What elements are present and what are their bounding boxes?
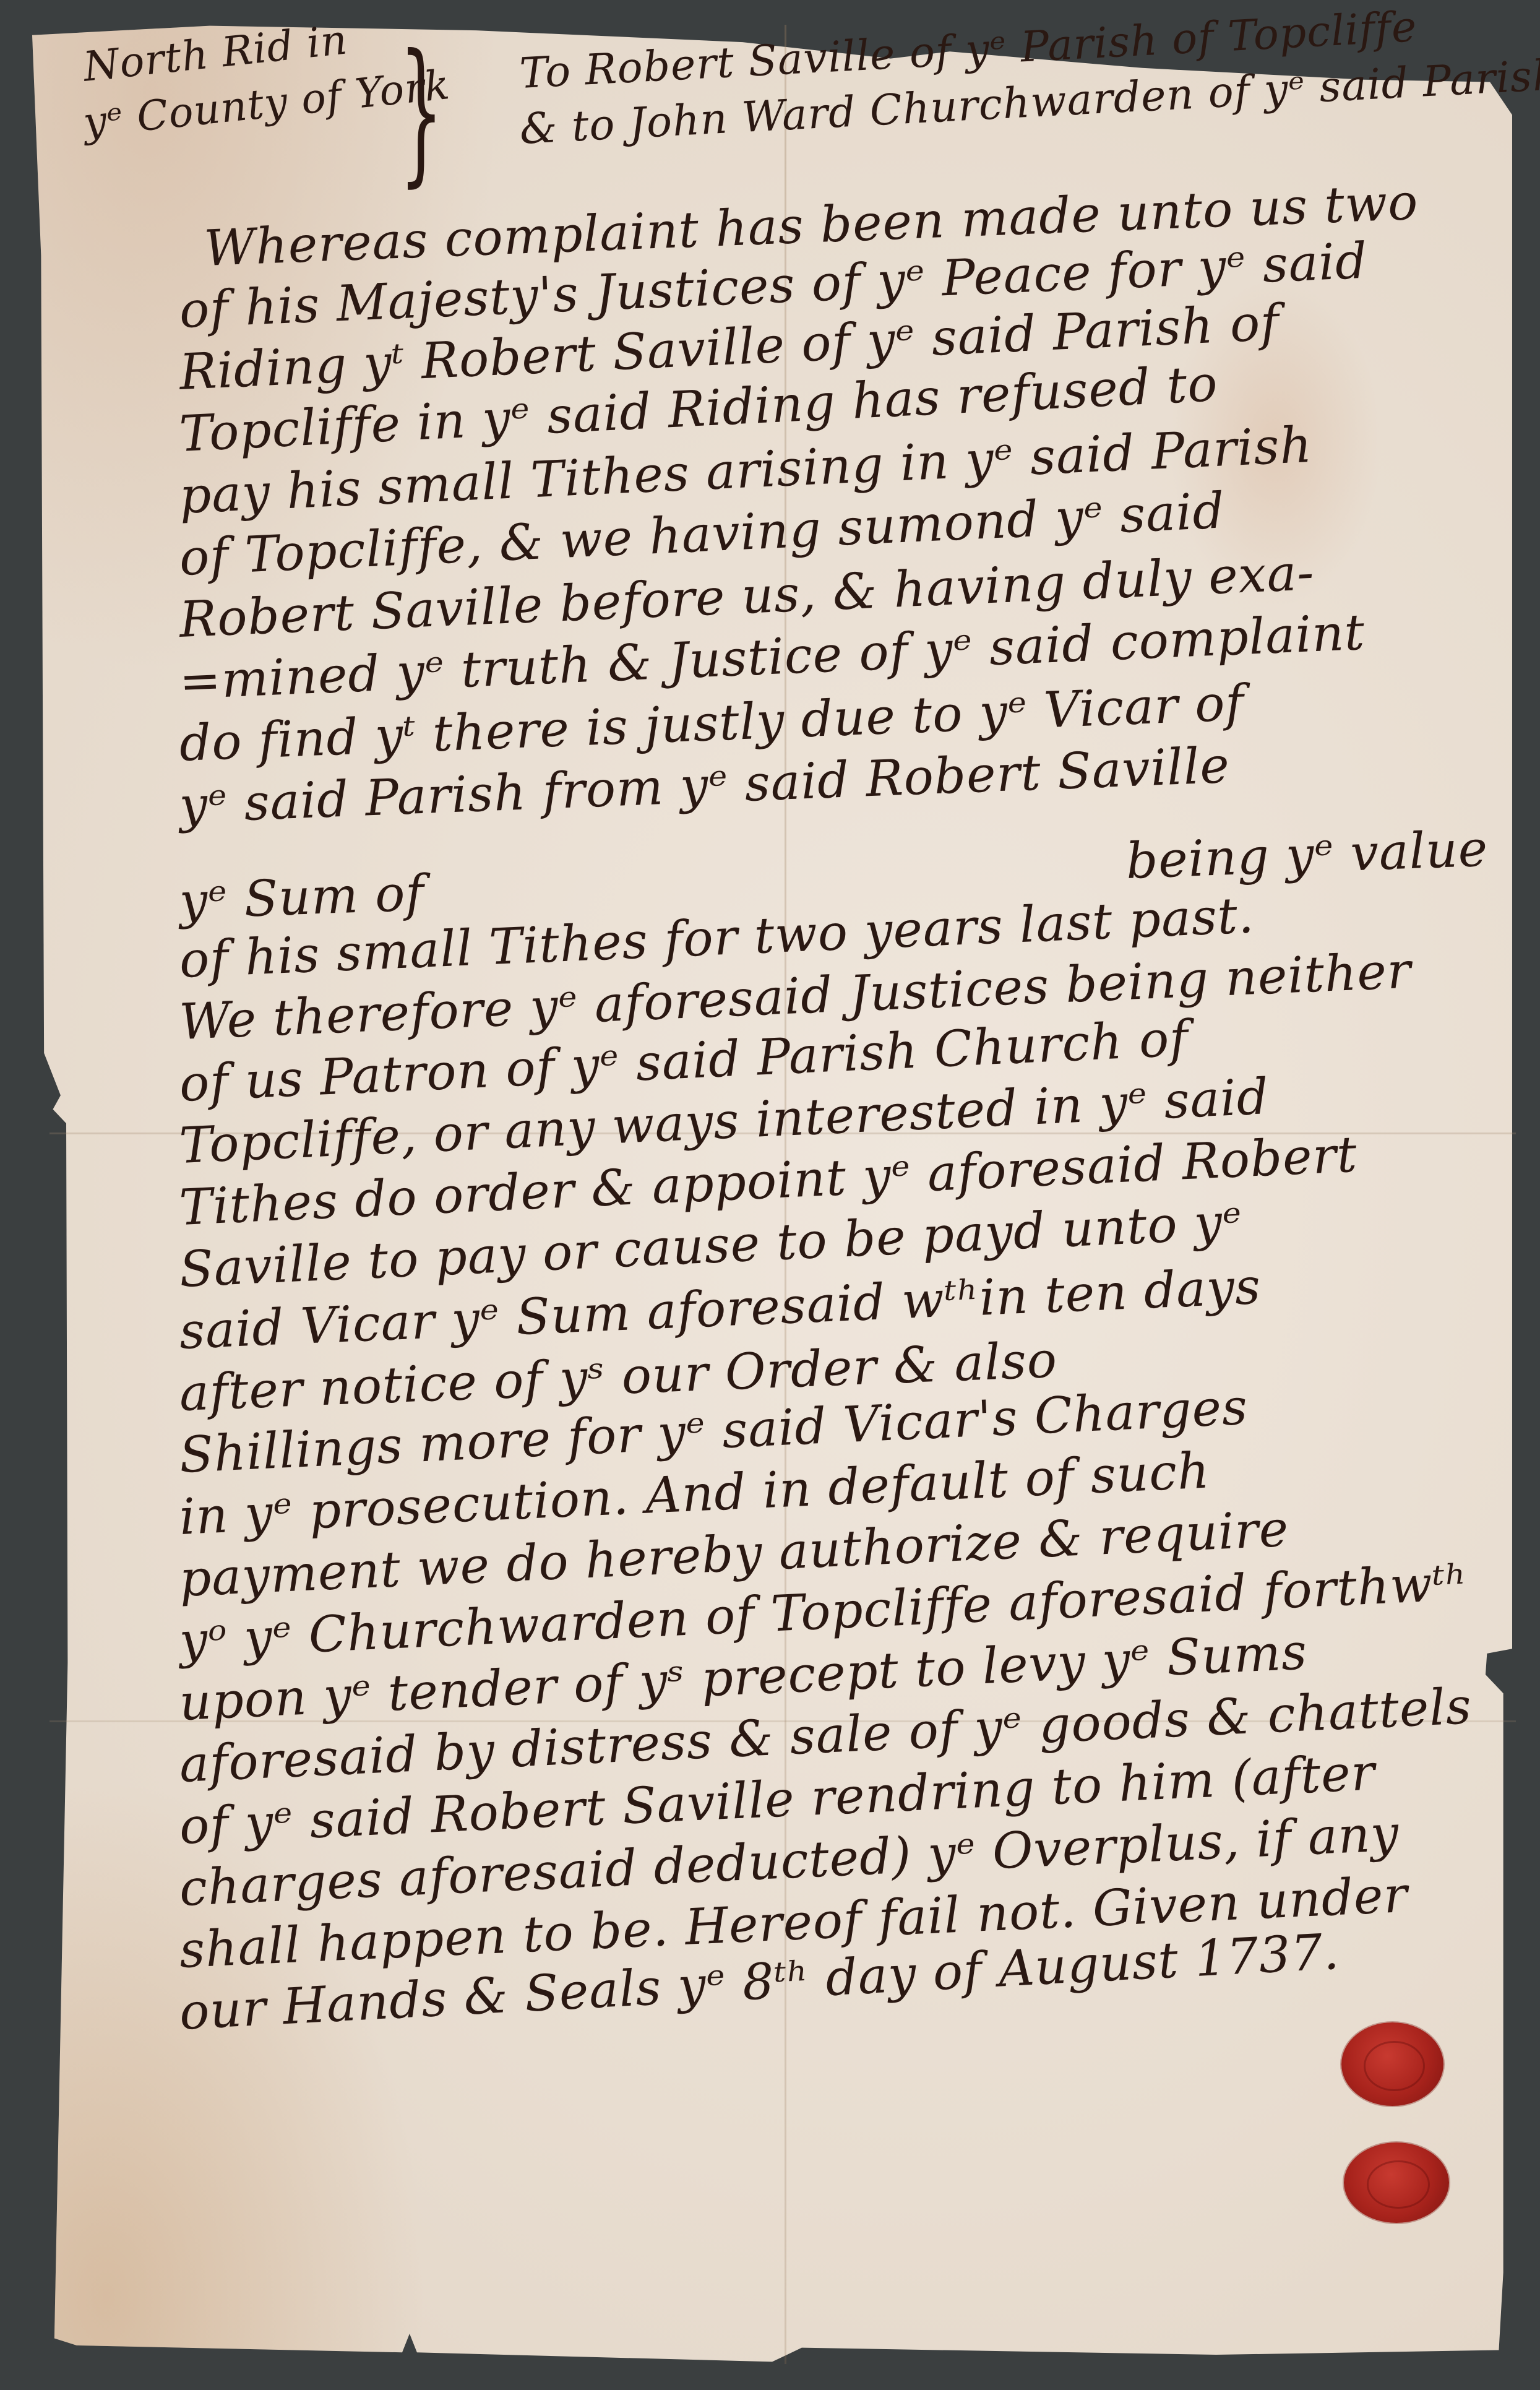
- body-line-sum: yᵉ Sum of: [178, 864, 425, 930]
- jurisdiction-caption: North Rid in yᵉ County of York }: [84, 37, 374, 167]
- wax-seal-icon: [1344, 2142, 1449, 2223]
- wax-seal-icon: [1341, 2022, 1443, 2106]
- caption-brace: }: [399, 34, 444, 189]
